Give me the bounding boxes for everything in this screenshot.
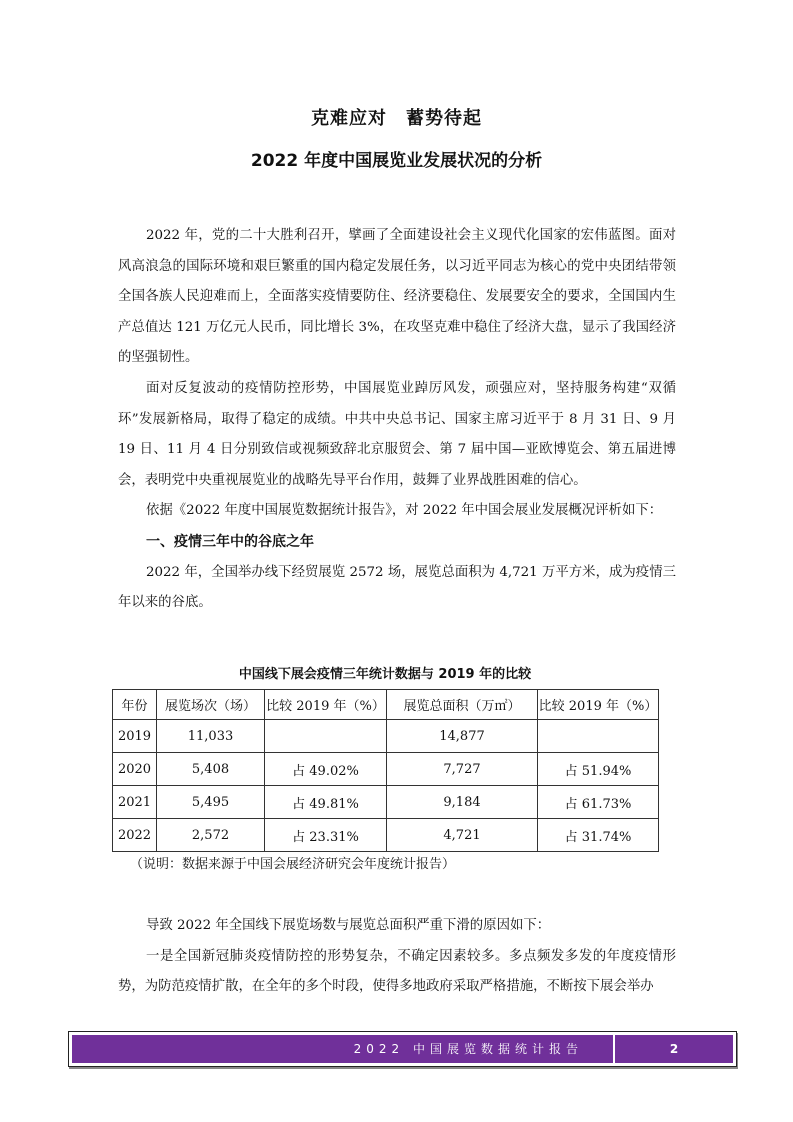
page-number: 2 <box>615 1035 733 1063</box>
cell-exhibitions: 11,033 <box>157 720 265 753</box>
cell-exhibitions: 2,572 <box>157 819 265 852</box>
document-subtitle: 2022 年度中国展览业发展状况的分析 <box>0 146 793 171</box>
table-header-row: 年份 展览场次（场） 比较 2019 年（%） 展览总面积（万㎡） 比较 201… <box>113 690 659 720</box>
header-exhibitions: 展览场次（场） <box>157 690 265 720</box>
header-year: 年份 <box>113 690 157 720</box>
section-heading: 一、疫情三年中的谷底之年 <box>118 527 676 558</box>
page-footer: 2022 中国展览数据统计报告 2 <box>68 1031 737 1067</box>
cell-area: 9,184 <box>387 786 538 819</box>
paragraph-2: 面对反复波动的疫情防控形势，中国展览业踔厉风发，顽强应对，坚持服务构建“双循环”… <box>118 374 676 496</box>
cell-area-compare: 占 31.74% <box>538 819 659 852</box>
cell-exhibitions-compare: 占 23.31% <box>265 819 387 852</box>
intro-section: 2022 年，党的二十大胜利召开，擘画了全面建设社会主义现代化国家的宏伟蓝图。面… <box>118 221 676 619</box>
paragraph-1: 2022 年，党的二十大胜利召开，擘画了全面建设社会主义现代化国家的宏伟蓝图。面… <box>118 221 676 374</box>
table-row: 2022 2,572 占 23.31% 4,721 占 31.74% <box>113 819 659 852</box>
causes-section: 导致 2022 年全国线下展览场数与展览总面积严重下滑的原因如下： 一是全国新冠… <box>118 911 676 1003</box>
paragraph-3: 依据《2022 年度中国展览数据统计报告》，对 2022 年中国会展业发展概况评… <box>118 496 676 527</box>
cell-exhibitions: 5,408 <box>157 753 265 786</box>
statistics-table: 年份 展览场次（场） 比较 2019 年（%） 展览总面积（万㎡） 比较 201… <box>112 689 659 852</box>
cell-exhibitions-compare: 占 49.81% <box>265 786 387 819</box>
cell-exhibitions-compare: 占 49.02% <box>265 753 387 786</box>
header-area: 展览总面积（万㎡） <box>387 690 538 720</box>
cell-exhibitions-compare <box>265 720 387 753</box>
table-caption: 中国线下展会疫情三年统计数据与 2019 年的比较 <box>112 663 658 682</box>
cell-area: 4,721 <box>387 819 538 852</box>
document-title: 克难应对 蓄势待起 <box>0 104 793 130</box>
table-row: 2021 5,495 占 49.81% 9,184 占 61.73% <box>113 786 659 819</box>
causes-intro: 导致 2022 年全国线下展览场数与展览总面积严重下滑的原因如下： <box>118 911 676 942</box>
cell-area-compare: 占 51.94% <box>538 753 659 786</box>
cell-area-compare <box>538 720 659 753</box>
cell-area: 14,877 <box>387 720 538 753</box>
cell-exhibitions: 5,495 <box>157 786 265 819</box>
header-exhibitions-compare: 比较 2019 年（%） <box>265 690 387 720</box>
cell-year: 2020 <box>113 753 157 786</box>
cell-area: 7,727 <box>387 753 538 786</box>
table-row: 2020 5,408 占 49.02% 7,727 占 51.94% <box>113 753 659 786</box>
cell-year: 2022 <box>113 819 157 852</box>
footer-report-name: 2022 中国展览数据统计报告 <box>72 1035 613 1063</box>
cause-one: 一是全国新冠肺炎疫情防控的形势复杂，不确定因素较多。多点频发多发的年度疫情形势，… <box>118 942 676 1003</box>
cell-area-compare: 占 61.73% <box>538 786 659 819</box>
header-area-compare: 比较 2019 年（%） <box>538 690 659 720</box>
table-row: 2019 11,033 14,877 <box>113 720 659 753</box>
table-note: （说明：数据来源于中国会展经济研究会年度统计报告） <box>130 853 455 872</box>
section-paragraph: 2022 年，全国举办线下经贸展览 2572 场，展览总面积为 4,721 万平… <box>118 558 676 619</box>
cell-year: 2021 <box>113 786 157 819</box>
cell-year: 2019 <box>113 720 157 753</box>
